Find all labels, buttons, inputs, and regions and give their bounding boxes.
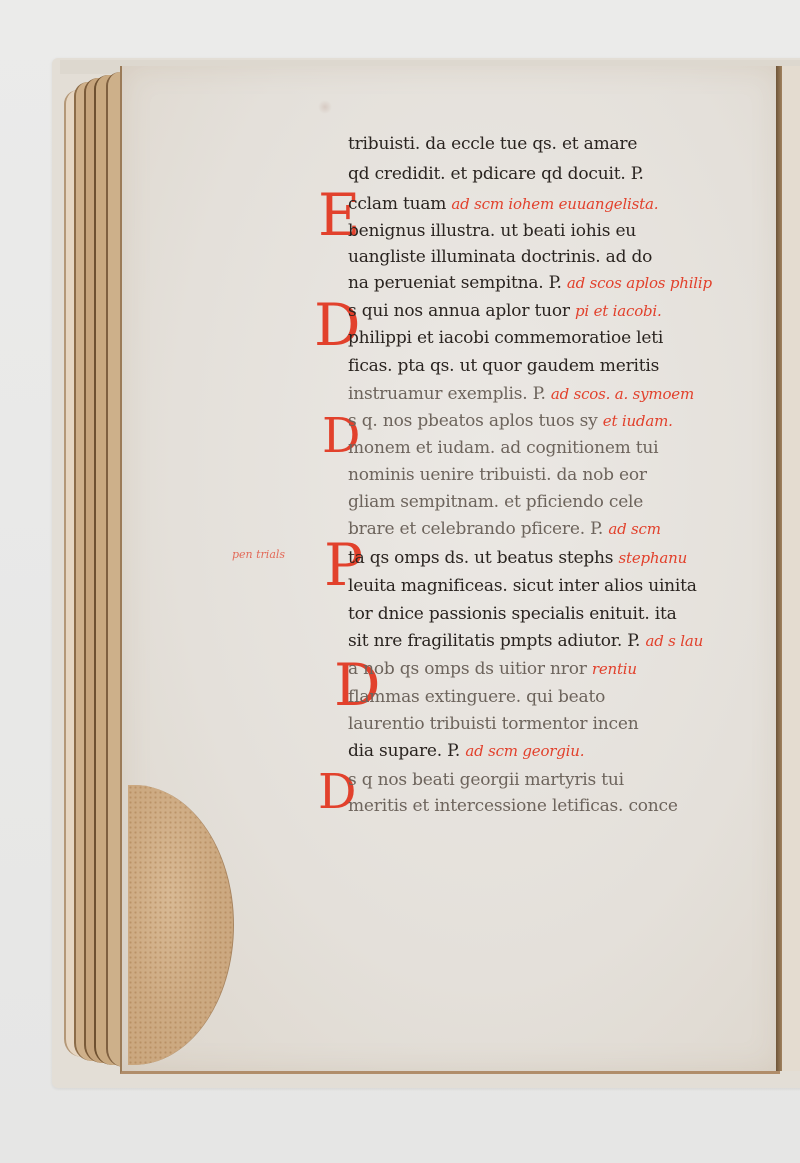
text-line: ficas. pta qs. ut quor gaudem meritis [348,356,659,376]
text-line: philippi et iacobi commemoratioe leti [348,328,663,348]
text-line: brare et celebrando pficere. P. ad scm [348,519,661,539]
rubric: et iudam. [603,412,673,430]
text-line: laurentio tribuisti tormentor incen [348,714,638,734]
text-line: na perueniat sempitna. P. ad scos aplos … [348,273,712,293]
rubric: ad scos. a. symoem [551,385,694,403]
text-line: a nob qs omps ds uitior nror rentiu [348,659,637,679]
text-line: flammas extinguere. qui beato [348,687,605,707]
rubric: ad scm [608,520,660,538]
facing-page-edge [782,66,800,1071]
ink-stain [318,100,332,114]
text-line: uangliste illuminata doctrinis. ad do [348,247,652,267]
text-line: gliam sempitnam. et pficiendo cele [348,492,643,512]
text-line: s qui nos annua aplor tuor pi et iacobi. [348,301,662,321]
rubric: ad s lau [645,632,703,650]
text-line: instruamur exemplis. P. ad scos. a. symo… [348,384,694,404]
rubric: stephanu [619,549,688,567]
text-line: ta qs omps ds. ut beatus stephs stephanu [348,548,687,568]
rubric: ad scos aplos philip [567,274,712,292]
text-line: tribuisti. da eccle tue qs. et amare [348,134,637,154]
text-line: dia supare. P. ad scm georgiu. [348,741,584,761]
rubric: ad scm iohem euuangelista. [451,195,658,213]
marginal-pen-trials: pen trials [232,548,285,561]
text-line: nominis uenire tribuisti. da nob eor [348,465,647,485]
text-line: sit nre fragilitatis pmpts adiutor. P. a… [348,631,703,651]
text-line: monem et iudam. ad cognitionem tui [348,438,658,458]
text-line: s q nos beati georgii martyris tui [348,770,624,790]
text-line: benignus illustra. ut beati iohis eu [348,221,636,241]
rubric: pi et iacobi. [575,302,662,320]
text-line: meritis et intercessione letificas. conc… [348,796,678,816]
text-line: tor dnice passionis specialis enituit. i… [348,604,677,624]
text-line: leuita magnificeas. sicut inter alios ui… [348,576,697,596]
text-line: s q. nos pbeatos aplos tuos sy et iudam. [348,411,673,431]
text-line: qd credidit. et pdicare qd docuit. P. [348,164,644,184]
rubric: ad scm georgiu. [465,742,584,760]
rubric: rentiu [592,660,637,678]
text-line: cclam tuam ad scm iohem euuangelista. [348,194,658,214]
